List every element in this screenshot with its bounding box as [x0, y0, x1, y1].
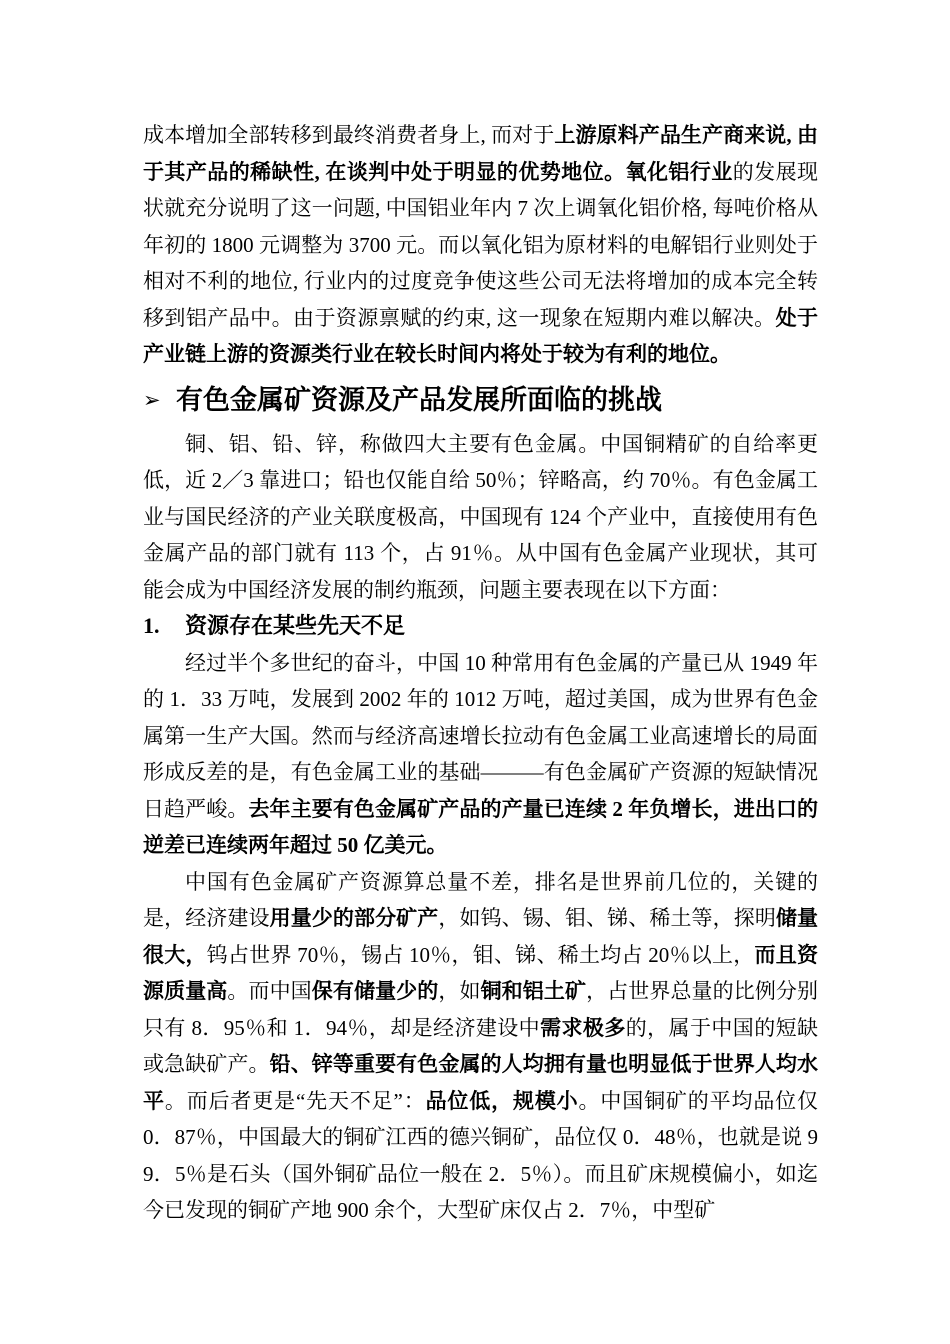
text-run: 钨占世界 70％，锡占 10％，钼、锑、稀土均占 20％以上，: [207, 943, 755, 967]
list-number: 1.: [143, 608, 185, 645]
text-run: 资源存在某些先天不足: [185, 613, 405, 638]
text-run: 。而中国: [227, 979, 311, 1003]
paragraph: 经过半个多世纪的奋斗，中国 10 种常用有色金属的产量已从 1949 年的 1．…: [143, 645, 818, 864]
document-page: 成本增加全部转移到最终消费者身上, 而对于上游原料产品生产商来说, 由于其产品的…: [0, 0, 950, 1344]
paragraph: 铜、铝、铅、锌，称做四大主要有色金属。中国铜精矿的自给率更低，近 2／3 靠进口…: [143, 426, 818, 609]
text-run: 铜和铝土矿: [481, 979, 586, 1003]
numbered-subheading: 1.资源存在某些先天不足: [143, 608, 818, 645]
section-heading: ➢有色金属矿资源及产品发展所面临的挑战: [143, 376, 818, 424]
document-body: 成本增加全部转移到最终消费者身上, 而对于上游原料产品生产商来说, 由于其产品的…: [143, 117, 818, 1229]
text-run: 保有储量少的: [312, 979, 439, 1003]
paragraph: 中国有色金属矿产资源算总量不差，排名是世界前几位的，关键的是，经济建设用量少的部…: [143, 864, 818, 1229]
text-run: 成本增加全部转移到最终消费者身上, 而对于: [143, 123, 554, 147]
paragraph: 成本增加全部转移到最终消费者身上, 而对于上游原料产品生产商来说, 由于其产品的…: [143, 117, 818, 373]
text-run: 品位低，规模小: [426, 1089, 579, 1113]
text-run: 需求极多: [540, 1016, 626, 1040]
text-run: 。而后者更是“先天不足”：: [165, 1089, 426, 1113]
text-run: ，如钨、锡、钼、锑、稀土等，探明: [438, 906, 776, 930]
text-run: 经过半个多世纪的奋斗，中国 10 种常用有色金属的产量已从 1949 年的 1．…: [143, 651, 818, 821]
arrow-bullet-icon: ➢: [143, 376, 176, 424]
text-run: 的发展现状就充分说明了这一问题, 中国铝业年内 7 次上调氧化铝价格, 每吨价格…: [143, 160, 818, 330]
text-run: 铜、铝、铅、锌，称做四大主要有色金属。中国铜精矿的自给率更低，近 2／3 靠进口…: [143, 432, 818, 602]
text-run: 用量少的部分矿产: [270, 906, 439, 930]
text-run: 有色金属矿资源及产品发展所面临的挑战: [176, 385, 662, 415]
text-run: ，如: [438, 979, 480, 1003]
